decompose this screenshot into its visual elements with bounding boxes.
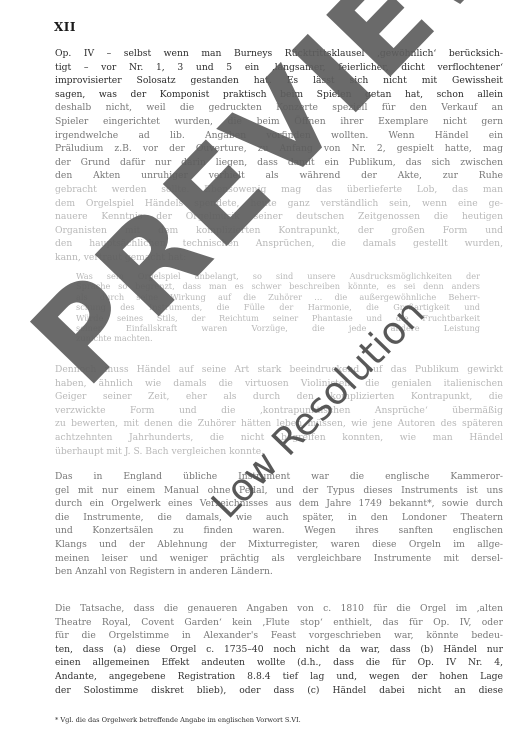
- text-line: irgendwelche ad lib. Angaben vorfinden w…: [55, 129, 503, 143]
- text-line: den Akten unruhiger verhielt als während…: [55, 169, 503, 183]
- document-page: XII Op. IV – selbst wenn man Burneys Rüc…: [0, 0, 530, 750]
- text-line: Organisten mit dem komplizierten Kontrap…: [55, 224, 503, 238]
- text-line: meinen leiser und weniger prächtig als v…: [55, 552, 503, 566]
- text-line: Spieler eingerichtet wurden, die beim Öf…: [55, 115, 503, 129]
- paragraph-3: Das in England übliche Instrument war di…: [55, 470, 503, 579]
- text-line: dem Orgelspiel Händels spendete, heute g…: [55, 197, 503, 211]
- text-line: der Grund dafür nur darin liegen, dass d…: [55, 156, 503, 170]
- quote-line: als durch seine Wirkung auf die Zuhörer …: [76, 292, 480, 302]
- text-line: der Solostimme diskret blieb), oder dass…: [55, 684, 503, 698]
- paragraph-2: Dennoch muss Händel auf seine Art stark …: [55, 363, 503, 458]
- text-line: ben Anzahl von Registern in anderen Länd…: [55, 565, 503, 579]
- text-line: ten, dass (a) diese Orgel c. 1735–40 noc…: [55, 643, 503, 657]
- quote-line: zunichte machten.: [76, 333, 480, 343]
- paragraph-4: Die Tatsache, dass die genaueren Angaben…: [55, 602, 503, 697]
- text-line: einen allgemeinen Effekt andeuten wollte…: [55, 656, 503, 670]
- text-line: Klangs und der Ablehnung der Mixturregis…: [55, 538, 503, 552]
- text-line: gel mit nur einem Manual ohne Pedal, und…: [55, 484, 503, 498]
- paragraph-1: Op. IV – selbst wenn man Burneys Rücktri…: [55, 47, 503, 265]
- text-line: verzwickte Form und die ‚kontrapunktisch…: [55, 404, 503, 418]
- quote-line: Würde seines Stils, der Reichtum seiner …: [76, 313, 480, 323]
- text-line: deshalb nicht, weil die gedruckten Konze…: [55, 101, 503, 115]
- text-line: achtzehnten Jahrhunderts, die nicht begr…: [55, 431, 503, 445]
- text-line: tigt – vor Nr. 1, 3 und 5 ein ‚langsamer…: [55, 61, 503, 75]
- footnote: * Vgl. die das Orgelwerk betreffende Ang…: [55, 716, 495, 724]
- page-number: XII: [54, 20, 76, 34]
- text-line: Op. IV – selbst wenn man Burneys Rücktri…: [55, 47, 503, 61]
- quote-line: seiner Einfallskraft waren Vorzüge, die …: [76, 323, 480, 333]
- text-line: Geiger seiner Zeit, eher als durch den k…: [55, 390, 503, 404]
- text-line: für die Orgelstimme in Alexander's Feast…: [55, 629, 503, 643]
- block-quote: Was sein Orgelspiel anbelangt, so sind u…: [76, 271, 480, 344]
- quote-line: schung des Instruments, die Fülle der Ha…: [76, 302, 480, 312]
- text-line: Präludium z.B. vor der Ouverture, zu Anf…: [55, 142, 503, 156]
- text-line: den hauptsächlichen technischen Ansprüch…: [55, 237, 503, 251]
- text-line: überhaupt mit J. S. Bach vergleichen kon…: [55, 445, 503, 459]
- text-line: haben, ähnlich wie damals die virtuosen …: [55, 377, 503, 391]
- text-line: kann, vertraut gemacht hat:: [55, 251, 503, 265]
- text-line: nauere Kenntnis der Orgelmusik seiner de…: [55, 210, 503, 224]
- text-line: durch ein Orgelwerk eines Verzeichnisses…: [55, 497, 503, 511]
- text-line: Die Tatsache, dass die genaueren Angaben…: [55, 602, 503, 616]
- text-line: gebracht werden sollte. Ebensowenig mag …: [55, 183, 503, 197]
- text-line: Das in England übliche Instrument war di…: [55, 470, 503, 484]
- text-line: zu bewerten, mit denen die Zuhörer hätte…: [55, 417, 503, 431]
- text-line: Dennoch muss Händel auf seine Art stark …: [55, 363, 503, 377]
- quote-line: Was sein Orgelspiel anbelangt, so sind u…: [76, 271, 480, 281]
- quote-line: Sprache so begrenzt, dass man es schwer …: [76, 281, 480, 291]
- text-line: Theatre Royal, Covent Garden‘ kein ‚Flut…: [55, 616, 503, 630]
- text-line: die Instrumente, die damals, wie auch sp…: [55, 511, 503, 525]
- text-line: improvisierter Solosatz gestanden hat. E…: [55, 74, 503, 88]
- text-line: und Konzertsälen zu finden waren. Wegen …: [55, 524, 503, 538]
- text-line: sagen, was der Komponist praktisch beim …: [55, 88, 503, 102]
- text-line: Andante, angegebene Registration 8.8.4 t…: [55, 670, 503, 684]
